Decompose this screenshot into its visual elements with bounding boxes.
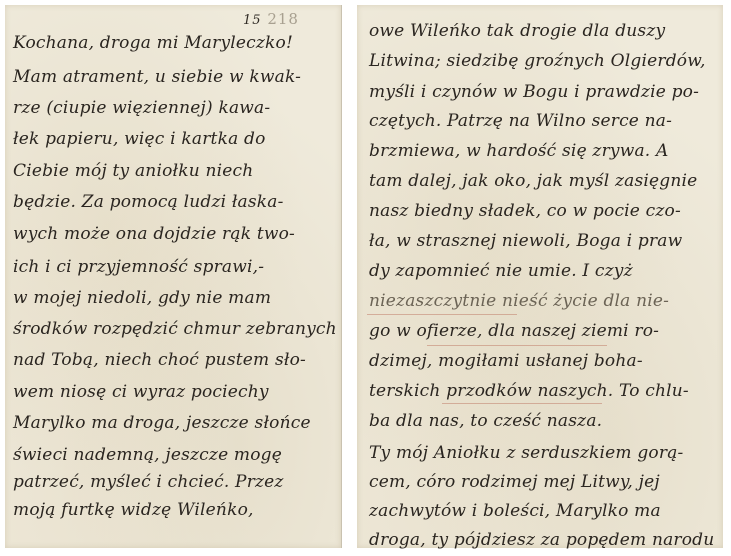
- letter-line: ba dla nas, to cześć nasza.: [369, 411, 602, 431]
- letter-line: Kochana, droga mi Marylecz­ko!: [13, 33, 293, 53]
- letter-line: rze (ciupie więziennej) kawa-: [13, 98, 270, 118]
- letter-line: świeci nademną, jeszcze mogę: [13, 445, 282, 465]
- letter-line: w mojej niedoli, gdy nie mam: [13, 288, 271, 308]
- letter-line: czętych. Patrzę na Wilno serce na-: [369, 111, 672, 131]
- letter-line: go w ofierze, dla naszej ziemi ro-: [369, 321, 659, 341]
- letter-line: dy zapomnieć nie umie. I czyż: [369, 261, 633, 281]
- letter-line: ich i ci przyjemność sprawi,-: [13, 257, 264, 277]
- ink-page-number: 15: [243, 13, 262, 28]
- page-number-annotation: 15 218: [243, 10, 299, 28]
- letter-line: owe Wileńko tak drogie dla duszy: [369, 21, 665, 41]
- letter-line: Ty mój Aniołku z serduszkiem gorą-: [369, 443, 683, 463]
- letter-page-left: 15 218 Kochana, droga mi Marylecz­ko! Ma…: [5, 5, 342, 548]
- letter-line: patrzeć, myśleć i chcieć. Przez: [13, 472, 284, 492]
- letter-line: moją furtkę widzę Wileńko,: [13, 500, 254, 520]
- letter-line: Ciebie mój ty aniołku niech: [13, 161, 253, 181]
- letter-line: tam dalej, jak oko, jak myśl zasięgnie: [369, 171, 697, 191]
- letter-line: niezaszczytnie nieść życie dla nie-: [369, 291, 669, 311]
- letter-line: Mam atrament, u siebie w kwak-: [13, 67, 301, 87]
- letter-line: łek papieru, więc i kartka do: [13, 129, 266, 149]
- letter-line: ła, w strasznej niewoli, Boga i praw: [369, 231, 682, 251]
- letter-line: zachwytów i boleści, Marylko ma: [369, 501, 661, 521]
- letter-line: droga, ty pójdziesz za popędem narodu: [369, 530, 714, 550]
- letter-line: nad Tobą, niech choć pustem sło-: [13, 350, 306, 370]
- letter-line: cem, córo rodzimej mej Litwy, jej: [369, 472, 660, 492]
- faded-red-underline: [427, 345, 607, 346]
- letter-line: myśli i czynów w Bogu i prawdzie po-: [369, 82, 699, 102]
- letter-line: brzmiewa, w hardość się zrywa. A: [369, 141, 669, 161]
- letter-line: terskich przodków naszych. To chlu-: [369, 381, 689, 401]
- letter-page-right: owe Wileńko tak drogie dla duszy Litwina…: [357, 5, 723, 548]
- faded-red-underline: [442, 403, 602, 404]
- letter-line: nasz biedny sładek, co w pocie czo-: [369, 201, 681, 221]
- letter-line: środków rozpędzić chmur zebranych: [13, 319, 337, 339]
- letter-line: wem niosę ci wyraz pociechy: [13, 382, 269, 402]
- faded-red-underline: [367, 314, 517, 315]
- letter-line: wych może ona dojdzie rąk two-: [13, 224, 295, 244]
- letter-line: dzimej, mogiłami usłanej boha-: [369, 351, 643, 371]
- pencil-archive-number: 218: [267, 10, 299, 28]
- letter-line: będzie. Za pomocą ludzi łaska-: [13, 192, 284, 212]
- letter-line: Litwina; siedzibę groźnych Olgierdów,: [369, 51, 706, 71]
- letter-line: Marylko ma droga, jeszcze słońce: [13, 413, 311, 433]
